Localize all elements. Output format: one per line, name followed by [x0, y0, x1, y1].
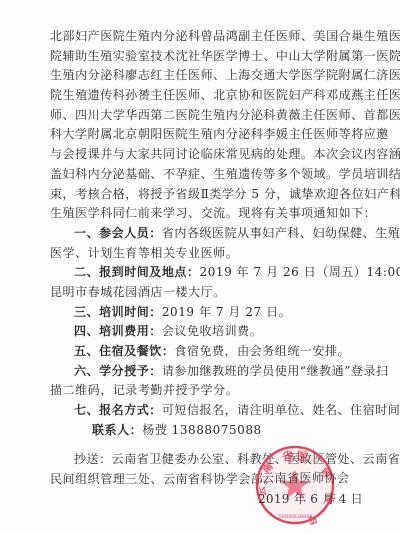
- intro-line: 院生殖遗传科孙赟主任医师、北京协和医院妇产科邓成燕主任医: [50, 86, 355, 106]
- contact-line: 联系人：杨弢 13888075088: [50, 421, 355, 441]
- intro-line: 束，考核合格，将授予省级Ⅱ类学分 5 分，诚挚欢迎各位妇产科、: [50, 185, 355, 205]
- section-heading: 三、培训时间：: [74, 305, 162, 319]
- signature: 云南省医师协会: [262, 469, 350, 486]
- section-heading: 六、学分授予：: [74, 364, 162, 378]
- document-date: 2019 年 6 月 4 日: [258, 490, 363, 507]
- section-continuation: 昆明市春城花园酒店一楼大厅。: [50, 283, 355, 303]
- section-continuation: 医学、计划生育等相关专业医师。: [50, 244, 355, 264]
- section-heading: 五、住宿及餐饮：: [74, 344, 174, 358]
- intro-line: 生殖内分泌科廖志红主任医师、上海交通大学医学院附属仁济医: [50, 66, 355, 86]
- section-heading: 四、培训费用：: [74, 324, 162, 338]
- intro-line: 与会授课并与大家共同讨论临床常见病的处理。本次会议内容涵: [50, 145, 355, 165]
- intro-line: 盖妇科内分泌基础、不孕症、生殖遗传等多个领域。学员培训结: [50, 165, 355, 185]
- document-body: 北部妇产医院生殖内分泌科曾品鸿副主任医师、美国合巢生殖医 院辅助生殖实验室技术沈…: [50, 27, 355, 490]
- section-attendees: 一、参会人员：省内各级医院从事妇产科、妇幼保健、生殖: [50, 224, 355, 244]
- contact-value: 杨弢 13888075088: [142, 423, 262, 437]
- section-heading: 七、报名方式：: [74, 403, 162, 417]
- section-heading: 二、报到时间及地点：: [74, 265, 200, 279]
- intro-line: 科大学附属北京朝阳医院生殖内分泌科李媛主任医师等将应邀: [50, 125, 355, 145]
- section-heading: 一、参会人员：: [74, 226, 162, 240]
- section-fees: 四、培训费用：会议免收培训费。: [50, 322, 355, 342]
- section-credits: 六、学分授予：请参加继教班的学员使用“继教通”登录扫: [50, 362, 355, 382]
- intro-line: 生殖医学科同仁前来学习、交流。现将有关事项通知如下：: [50, 204, 355, 224]
- section-accommodation: 五、住宿及餐饮：食宿免费，由会务组统一安排。: [50, 342, 355, 362]
- section-signup: 七、报名方式：可短信报名，请注明单位、姓名、住宿时间。: [50, 401, 355, 421]
- section-registration: 二、报到时间及地点：2019 年 7 月 26 日（周五）14:00 -20:0…: [50, 263, 355, 283]
- intro-line: 院辅助生殖实验室技术沈社华医学博士、中山大学附属第一医院: [50, 47, 355, 67]
- document-page: 北部妇产医院生殖内分泌科曾品鸿副主任医师、美国合巢生殖医 院辅助生殖实验室技术沈…: [0, 0, 400, 534]
- section-continuation: 描二维码，记录考勤并授予学分。: [50, 381, 355, 401]
- intro-line: 师、四川大学华西第二医院生殖内分泌科黄薇主任医师、首都医: [50, 106, 355, 126]
- svg-text:省 医: 省 医: [282, 449, 308, 463]
- svg-text:5301000349963: 5301000349963: [278, 514, 312, 519]
- section-training-time: 三、培训时间：2019 年 7 月 27 日。: [50, 303, 355, 323]
- contact-label: 联系人：: [92, 423, 142, 437]
- intro-line: 北部妇产医院生殖内分泌科曾品鸿副主任医师、美国合巢生殖医: [50, 27, 355, 47]
